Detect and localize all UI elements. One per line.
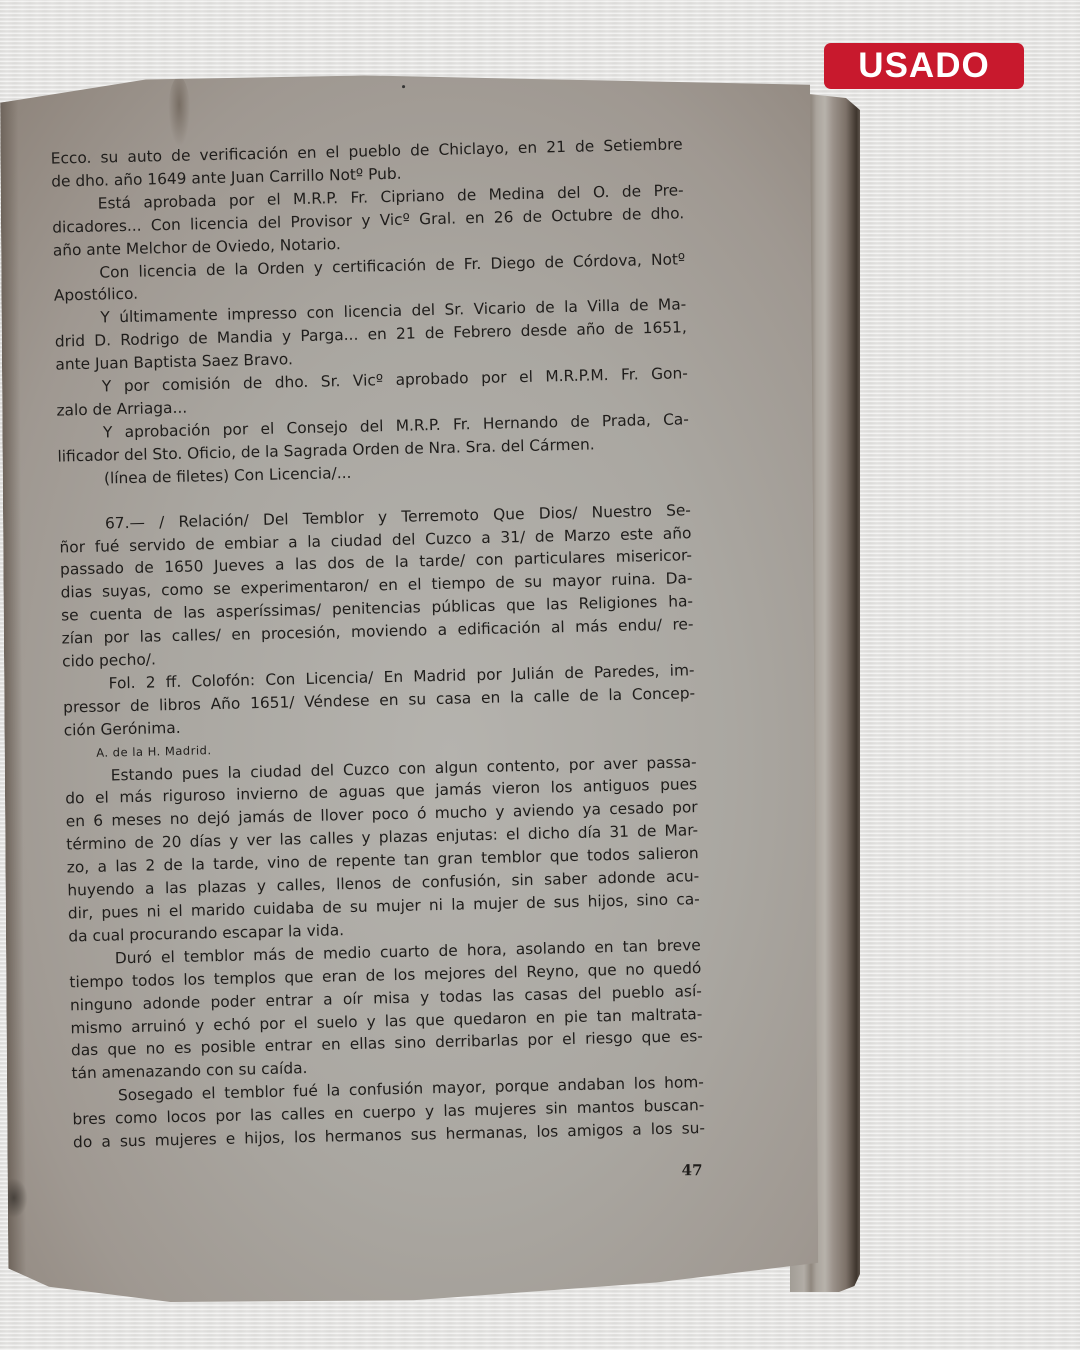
ink-dot <box>402 85 405 88</box>
condition-badge: USADO <box>824 43 1024 89</box>
book-page: Ecco. su auto de verificación en el pueb… <box>0 72 819 1318</box>
page-gutter-shadow <box>0 78 27 1318</box>
page-number: 47 <box>682 1161 703 1179</box>
page-text: Ecco. su auto de verificación en el pueb… <box>50 133 705 1154</box>
open-book: Ecco. su auto de verificación en el pueb… <box>0 78 870 1318</box>
page-stain <box>168 77 190 147</box>
page-stain <box>8 1178 28 1218</box>
